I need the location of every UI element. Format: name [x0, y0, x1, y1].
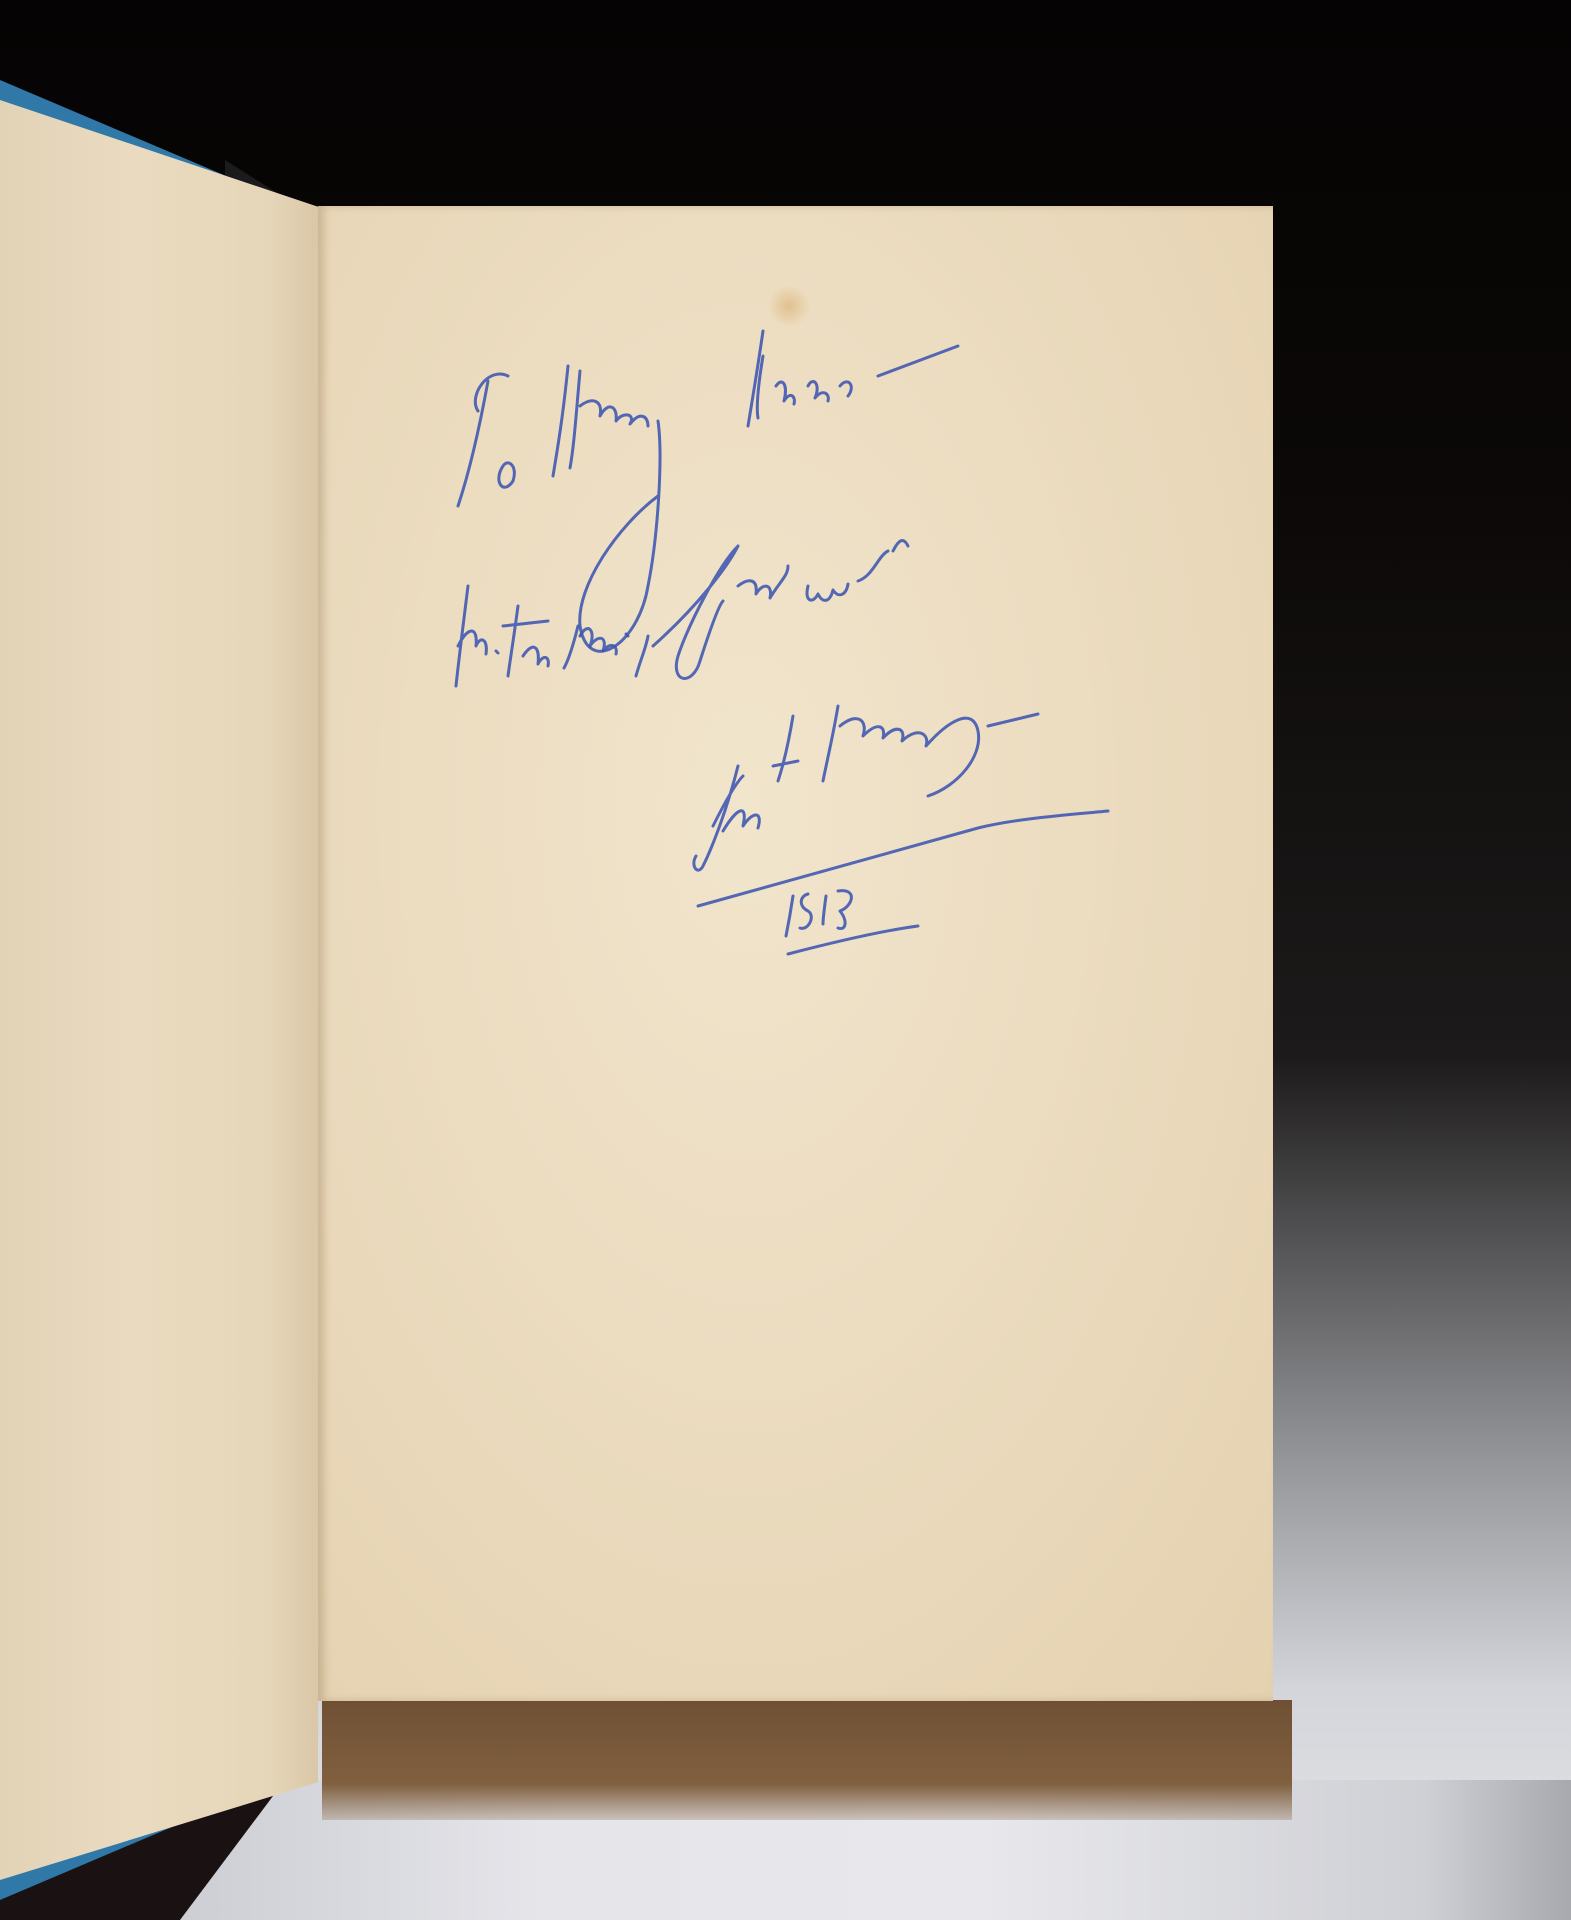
inscription-line-2 [456, 541, 908, 686]
left-pastedown-page [0, 100, 318, 1880]
page-shadow [322, 1700, 1292, 1820]
inscription-date [786, 891, 918, 954]
inscription-line-1 [458, 331, 958, 651]
signature [694, 706, 1108, 906]
inscribed-endpaper: To Henry Mazer — with the very good wish… [318, 206, 1273, 1701]
photo-scene: To Henry Mazer — with the very good wish… [0, 0, 1571, 1920]
handwritten-inscription [318, 206, 1273, 1701]
